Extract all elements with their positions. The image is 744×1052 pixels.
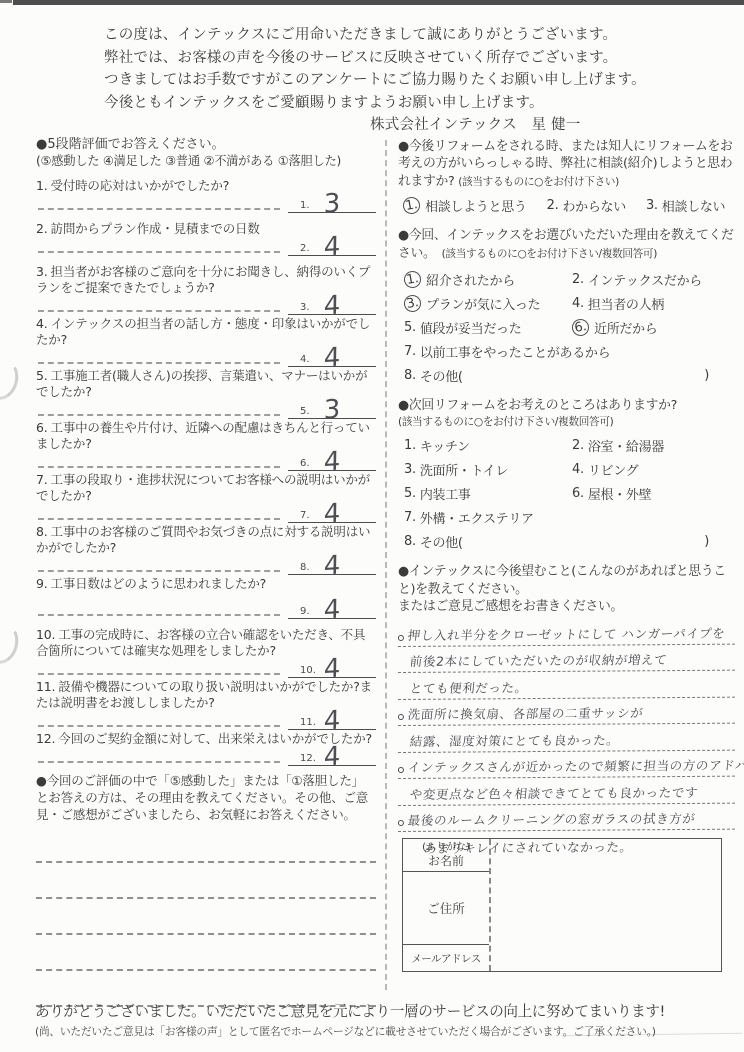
handwritten-rating: 4 [324, 233, 341, 260]
section-note: (該当するものに○をお付け下さい) [458, 176, 619, 188]
rating-column: ●5段階評価でお答えください。 (⑤感動した ④満足した ③普通 ②不満がある … [36, 136, 376, 1007]
dotted-leader [38, 362, 280, 364]
email-label: メールアドレス [411, 951, 480, 966]
handwritten-rating: 4 [324, 500, 341, 527]
reason-option-8: 8.その他() [404, 366, 735, 385]
dotted-leader [38, 614, 280, 616]
comment-line: インテックスさんが近かったので頻繁に担当の方のアドバイス [398, 750, 735, 779]
dotted-leader [38, 673, 280, 675]
footer-disclaimer: (尚、いただいたご意見は「お客様の声」として匿名でホームページなどに載せさせてい… [35, 1024, 741, 1039]
reason-option-1: 1.紹介されたから [404, 270, 572, 289]
answer-line: 10.4 [288, 659, 376, 678]
dotted-leader [38, 414, 280, 416]
scan-smudge-artifact [0, 355, 23, 404]
answer-number: 7. [300, 510, 310, 521]
form-label-column: (ふりがな) お名前 ご住所 メールアドレス [403, 839, 491, 971]
next-option-3: 3.洗面所・トイレ [404, 460, 572, 479]
handwritten-rating: 4 [324, 596, 341, 623]
question-number: 3. [36, 264, 48, 280]
answer-line: 6.4 [288, 452, 376, 471]
survey-scan-page: この度は、インテックスにご用命いただきまして誠にありがとうございます。 弊社では… [0, 0, 744, 1052]
comment-line: 最後のルームクリーニングの窓ガラスの拭き方が [398, 803, 735, 832]
question-2: 2.訪問からプラン作成・見積までの日数 2.4 [36, 221, 376, 256]
question-number: 2. [36, 221, 48, 237]
furigana-label: (ふりがな) [422, 842, 470, 854]
option-unsure: 2.わからない [547, 196, 626, 215]
form-value-area [491, 839, 721, 971]
scan-edge-artifact [0, 0, 12, 3]
dotted-leader [38, 251, 280, 253]
email-label-cell: メールアドレス [403, 945, 489, 971]
answer-line: 8.4 [288, 556, 376, 575]
dotted-leader [38, 466, 280, 468]
intro-line: 今後ともインテックスをご愛顧賜りますようお願い申し上げます。 [104, 92, 704, 115]
answer-number: 12. [300, 753, 316, 764]
question-text: 工事中のお客様のご質問やお気づきの点に対する説明はいかがでしたか? [36, 524, 370, 555]
intro-line: つきましてはお手数ですがこのアンケートにご協力賜りたくお願い申し上げます。 [104, 69, 704, 92]
question-text: 工事中の養生や片付け、近隣への配慮はきちんと行っていましたか? [36, 420, 370, 451]
answer-line: 7.4 [288, 504, 376, 523]
blank-writing-line [36, 935, 376, 971]
answer-number: 1. [300, 200, 310, 211]
handwritten-rating: 4 [324, 292, 341, 319]
answer-number: 9. [300, 606, 310, 617]
circled-answer-mark: 1. [402, 196, 422, 216]
dotted-leader [38, 725, 280, 727]
question-text: 工事の完成時に、お客様の立合い確認をいただき、不具合箇所については確実な処理をし… [36, 627, 365, 658]
section-title: ●インテックスに今後望むこと(こんなのがあればと思うこと)を教えてください。 [398, 563, 735, 598]
next-option-1: 1.キッチン [404, 436, 572, 455]
question-5: 5.工事施工者(職人さん)の挨拶、言葉遣い、マナーはいかがでしたか? 5.3 [36, 368, 376, 419]
answer-line: 4.4 [288, 348, 376, 367]
question-number: 11. [36, 679, 55, 695]
question-number: 9. [36, 576, 48, 592]
recommend-section: ●今後リフォームをされる時、または知人にリフォームをお考えの方がいらっしゃる時、… [398, 138, 735, 215]
scan-smudge-artifact [0, 619, 23, 668]
comment-line: や変更点など色々相談できてとても良かったです [398, 776, 735, 805]
next-option-8: 8.その他() [404, 532, 735, 551]
dotted-leader [38, 208, 280, 210]
answer-number: 4. [300, 354, 310, 365]
circled-answer-mark: 3. [403, 294, 423, 314]
handwritten-rating: 4 [324, 655, 341, 682]
footer: ありがとうございました。いただいたご意見を元により一層のサービスの向上に努めてま… [35, 1000, 741, 1039]
question-8: 8.工事中のお客様のご質問やお気づきの点に対する説明はいかがでしたか? 8.4 [36, 524, 376, 575]
name-label: お名前 [428, 854, 464, 868]
question-4: 4.インテックスの担当者の話し方・態度・印象はいかがでしたか? 4.4 [36, 316, 376, 367]
question-10: 10.工事の完成時に、お客様の立合い確認をいただき、不具合箇所については確実な処… [36, 627, 376, 678]
comment-line: とても便利だった。 [398, 670, 735, 699]
question-9: 9.工事日数はどのように思われましたか? 9.4 [36, 576, 376, 619]
question-text: 工事施工者(職人さん)の挨拶、言葉遣い、マナーはいかがでしたか? [36, 368, 367, 399]
answer-number: 5. [300, 406, 310, 417]
next-option-4: 4.リビング [572, 460, 735, 479]
next-option-7: 7.外構・エクステリア [404, 508, 735, 527]
blank-writing-line [36, 899, 376, 935]
reason-option-5: 5.値段が妥当だった [404, 318, 572, 337]
reason-option-6: 6.近所だから [572, 318, 735, 337]
answer-line: 3.4 [288, 296, 376, 315]
section-note: (該当するものに○をお付け下さい/複数回答可) [442, 248, 657, 260]
answer-line: 12.4 [288, 747, 376, 766]
handwritten-rating: 4 [324, 743, 341, 770]
answer-line: 5.3 [288, 400, 376, 419]
answer-line: 11.4 [288, 711, 376, 730]
comment-line: 結露、湿度対策にとても良かった。 [398, 723, 735, 752]
question-text: 設備や機器についての取り扱い説明はいかがでしたか?または説明書をお渡ししましたか… [36, 679, 372, 710]
dotted-leader [38, 761, 280, 763]
reason-option-2: 2.インテックスだから [572, 270, 735, 289]
section-note: (該当するものに○をお付け下さい/複数回答可) [398, 414, 735, 429]
handwritten-comments: 押し入れ半分をクローゼットにして ハンガーパイプを 前後2本にしていただいたのが… [398, 620, 735, 859]
reason-option-4: 4.担当者の人柄 [572, 294, 735, 313]
answer-line: 2.4 [288, 237, 376, 256]
request-section: ●インテックスに今後望むこと(こんなのがあればと思うこと)を教えてください。 ま… [398, 563, 735, 615]
question-7: 7.工事の段取り・進捗状況についてお客様への説明はいかがでしたか? 7.4 [36, 472, 376, 523]
question-number: 7. [36, 472, 48, 488]
handwritten-rating: 3 [324, 190, 341, 217]
circled-answer-mark: 1. [403, 270, 423, 290]
circled-answer-mark: 6. [571, 318, 591, 338]
answer-line: 9.4 [288, 600, 376, 619]
question-text: インテックスの担当者の話し方・態度・印象はいかがでしたか? [36, 316, 370, 347]
handwritten-rating: 4 [324, 344, 341, 371]
close-paren: ) [704, 368, 709, 383]
comment-line: 前後2本にしていただいたのが収納が増えて [398, 644, 735, 673]
handwritten-bullet [398, 767, 404, 773]
answer-number: 2. [300, 243, 310, 254]
answer-number: 8. [300, 562, 310, 573]
section-subtitle: またはご意見ご感想をお書きください。 [398, 598, 735, 615]
handwritten-rating: 4 [324, 552, 341, 579]
feedback-prompt: ●今回のご評価の中で「⑤感動した」または「①落胆した」とお答えの方は、その理由を… [36, 772, 376, 823]
scale-legend: (⑤感動した ④満足した ③普通 ②不満がある ①落胆した) [36, 153, 376, 169]
blank-writing-line [36, 863, 376, 899]
choices-column: ●今後リフォームをされる時、または知人にリフォームをお考えの方がいらっしゃる時、… [398, 138, 735, 858]
handwritten-bullet [398, 634, 404, 640]
question-number: 12. [36, 731, 55, 747]
answer-number: 6. [300, 458, 310, 469]
question-1: 1.受付時の応対はいかがでしたか? 1.3 [36, 178, 376, 213]
question-text: 担当者がお客様のご意向を十分にお聞きし、納得のいくプランをご提案できたでしょうか… [36, 264, 370, 295]
dotted-leader [38, 518, 280, 520]
scale-header: ●5段階評価でお答えください。 [36, 136, 376, 153]
handwritten-rating: 3 [324, 396, 341, 423]
next-option-6: 6.屋根・外壁 [572, 484, 735, 503]
question-number: 8. [36, 524, 48, 540]
comment-line: 押し入れ半分をクローゼットにして ハンガーパイプを [398, 617, 735, 646]
question-text: 工事の段取り・進捗状況についてお客様への説明はいかがでしたか? [36, 472, 370, 503]
option-consult: 1.相談しようと思う [403, 196, 527, 215]
answer-number: 10. [300, 665, 316, 676]
column-divider [385, 140, 387, 990]
comment-line: 洗面所に換気扇、各部屋の二重サッシが [398, 697, 735, 726]
question-text: 受付時の応対はいかがでしたか? [51, 178, 230, 193]
option-no-consult: 3.相談しない [646, 196, 725, 215]
question-text: 訪問からプラン作成・見積までの日数 [51, 221, 260, 236]
scan-edge-artifact [13, 0, 744, 5]
question-number: 1. [36, 178, 48, 194]
question-11: 11.設備や機器についての取り扱い説明はいかがでしたか?または説明書をお渡ししま… [36, 679, 376, 730]
next-option-2: 2.浴室・給湯器 [572, 436, 735, 455]
reason-section: ●今回、インテックスをお選びいただいた理由を教えてください。 (該当するものに○… [398, 227, 735, 385]
next-reform-section: ●次回リフォームをお考えのところはありますか? (該当するものに○をお付け下さい… [398, 397, 735, 551]
dotted-leader [38, 570, 280, 572]
section-title: ●次回リフォームをお考えのところはありますか? [398, 397, 735, 414]
address-label: ご住所 [427, 899, 465, 917]
question-number: 6. [36, 420, 48, 436]
question-3: 3.担当者がお客様のご意向を十分にお聞きし、納得のいくプランをご提案できたでしょ… [36, 264, 376, 315]
feedback-write-area [36, 827, 376, 1007]
answer-number: 11. [300, 717, 316, 728]
address-label-cell: ご住所 [403, 872, 489, 945]
name-label-cell: (ふりがな) お名前 [403, 839, 489, 872]
dotted-leader [38, 310, 280, 312]
question-6: 6.工事中の養生や片付け、近隣への配慮はきちんと行っていましたか? 6.4 [36, 420, 376, 471]
question-number: 4. [36, 316, 48, 332]
reason-option-7: 7.以前工事をやったことがあるから [404, 342, 735, 361]
intro-greeting: この度は、インテックスにご用命いただきまして誠にありがとうございます。 弊社では… [104, 24, 704, 137]
handwritten-rating: 4 [324, 707, 341, 734]
close-paren: ) [704, 534, 709, 549]
question-number: 10. [36, 627, 55, 643]
intro-line: 弊社では、お客様の声を今後のサービスに反映させていく所存でございます。 [104, 47, 704, 70]
handwritten-bullet [398, 820, 404, 826]
answer-line: 1.3 [288, 194, 376, 213]
blank-writing-line [36, 827, 376, 863]
handwritten-bullet [398, 714, 404, 720]
footer-thanks: ありがとうございました。いただいたご意見を元により一層のサービスの向上に努めてま… [35, 1000, 741, 1021]
next-option-5: 5.内装工事 [404, 484, 572, 503]
reason-option-3: 3.プランが気に入った [404, 294, 572, 313]
question-text: 工事日数はどのように思われましたか? [51, 576, 267, 591]
intro-line: この度は、インテックスにご用命いただきまして誠にありがとうございます。 [104, 24, 704, 47]
handwritten-rating: 4 [324, 448, 341, 475]
contact-form: (ふりがな) お名前 ご住所 メールアドレス [402, 838, 722, 972]
company-signature: 株式会社インテックス 星 健一 [104, 114, 704, 137]
question-number: 5. [36, 368, 48, 384]
answer-number: 3. [300, 302, 310, 313]
